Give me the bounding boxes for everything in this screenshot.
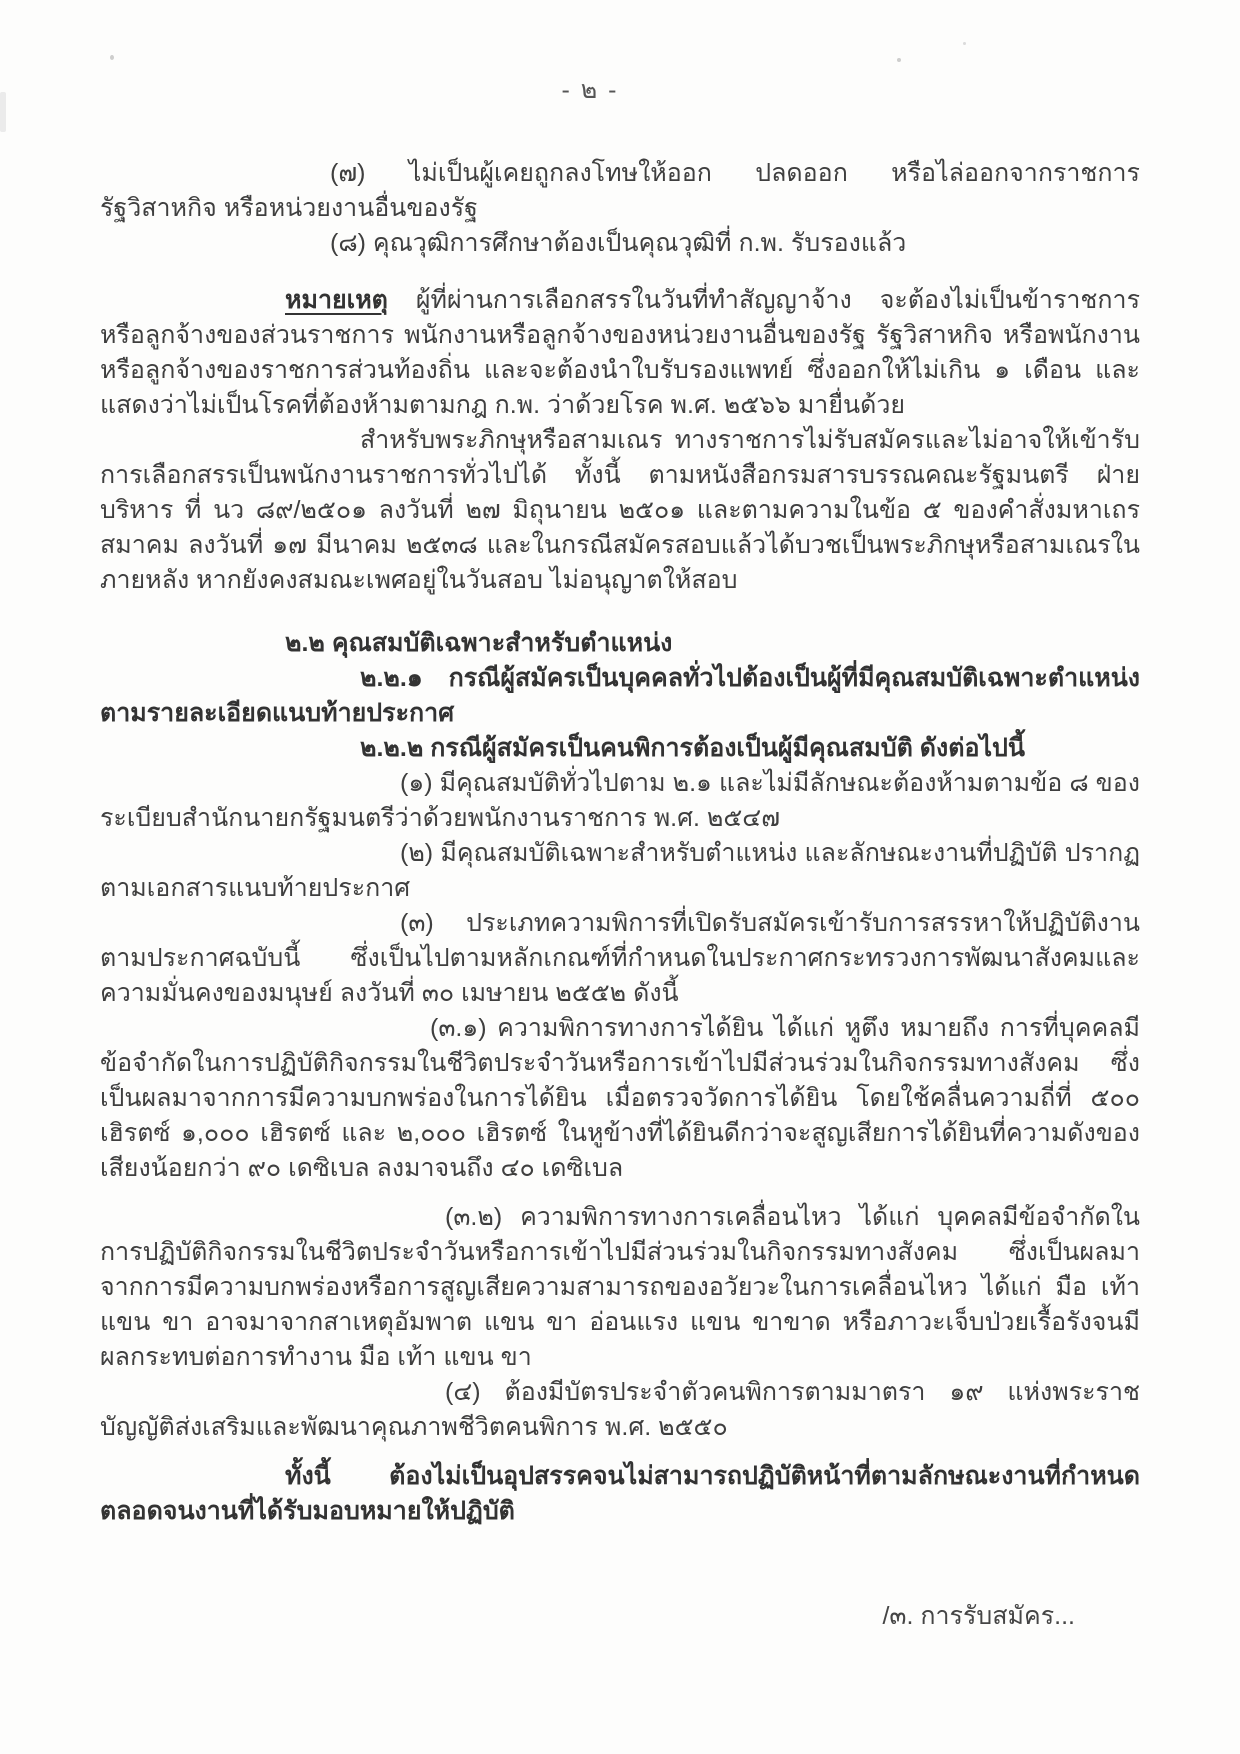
section-2-2-heading: ๒.๒ คุณสมบัติเฉพาะสำหรับตำแหน่ง [100,626,1140,661]
page-number: - ๒ - [100,70,1080,110]
section-2-2-2: ๒.๒.๒ กรณีผู้สมัครเป็นคนพิการต้องเป็นผู้… [100,731,1140,766]
clause-7: (๗) ไม่เป็นผู้เคยถูกลงโทษให้ออก ปลดออก ห… [100,156,1140,226]
disabled-clause-2: (๒) มีคุณสมบัติเฉพาะสำหรับตำแหน่ง และลัก… [100,836,1140,906]
scan-speck [897,58,901,62]
section-2-2-1: ๒.๒.๑ กรณีผู้สมัครเป็นบุคคลทั่วไปต้องเป็… [100,661,1140,731]
disabled-clause-4: (๔) ต้องมีบัตรประจำตัวคนพิการตามมาตรา ๑๙… [100,1375,1140,1445]
disabled-clause-3: (๓) ประเภทความพิการที่เปิดรับสมัครเข้ารั… [100,906,1140,1011]
clause-8: (๘) คุณวุฒิการศึกษาต้องเป็นคุณวุฒิที่ ก.… [100,226,1140,261]
scan-speck [110,55,114,60]
scan-speck [963,42,966,45]
remark-paragraph: หมายเหตุ ผู้ที่ผ่านการเลือกสรรในวันที่ทำ… [100,283,1140,423]
disabled-clause-1: (๑) มีคุณสมบัติทั่วไปตาม ๒.๑ และไม่มีลัก… [100,766,1140,836]
disability-type-hearing: (๓.๑) ความพิการทางการได้ยิน ได้แก่ หูตึง… [100,1011,1140,1186]
scan-smudge [0,92,6,132]
remark-text: ผู้ที่ผ่านการเลือกสรรในวันที่ทำสัญญาจ้าง… [100,286,1140,419]
closing-condition-paragraph: ทั้งนี้ ต้องไม่เป็นอุปสรรคจนไม่สามารถปฏิ… [100,1459,1140,1529]
document-page: - ๒ - (๗) ไม่เป็นผู้เคยถูกลงโทษให้ออก ปล… [0,0,1240,1754]
monk-restriction-paragraph: สำหรับพระภิกษุหรือสามเณร ทางราชการไม่รับ… [100,423,1140,598]
disability-type-mobility: (๓.๒) ความพิการทางการเคลื่อนไหว ได้แก่ บ… [100,1200,1140,1375]
continuation-note: /๓. การรับสมัคร... [882,1596,1075,1636]
document-body: - ๒ - (๗) ไม่เป็นผู้เคยถูกลงโทษให้ออก ปล… [100,70,1140,1529]
remark-label: หมายเหตุ [285,286,388,314]
